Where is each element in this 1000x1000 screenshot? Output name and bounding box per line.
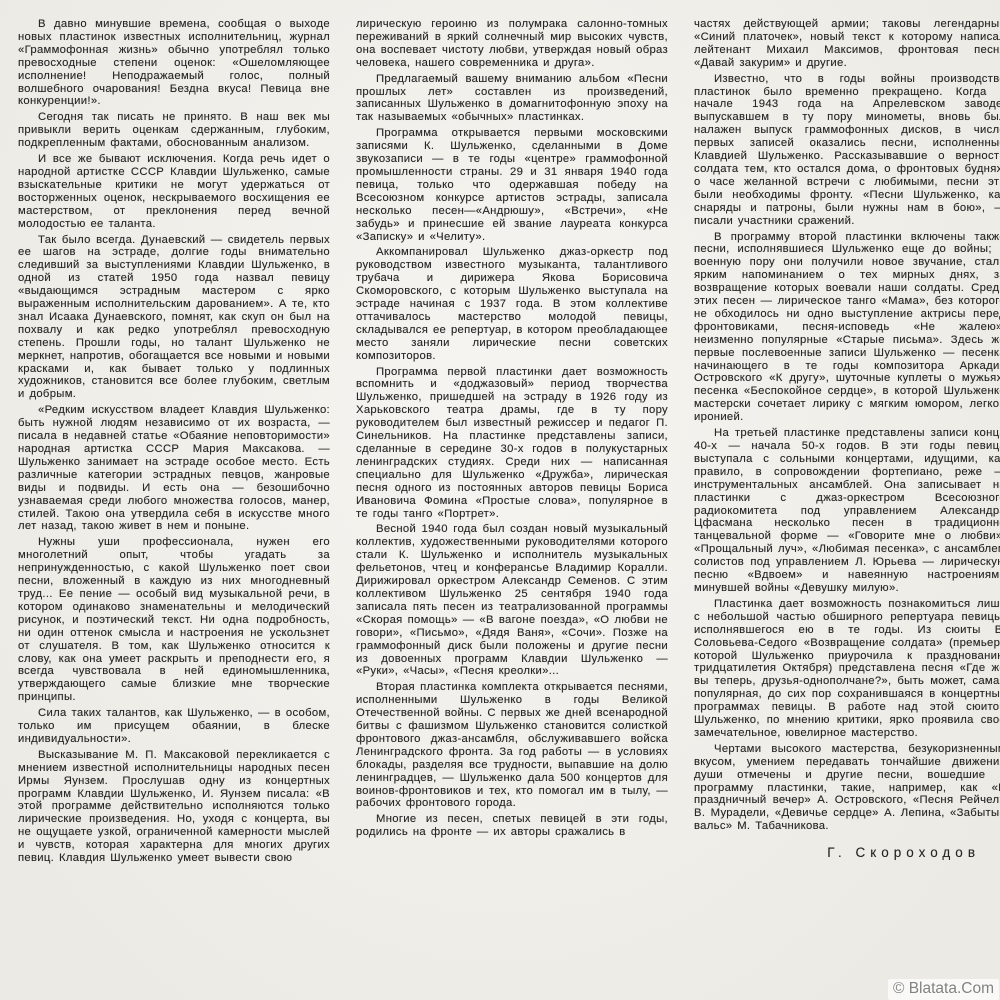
scanned-liner-notes-page: В давно минувшие времена, сообщая о выхо… <box>0 0 1000 1000</box>
paragraph: «Редким искусством владеет Клавдия Шульж… <box>18 404 330 533</box>
paragraph: На третьей пластинке представлены записи… <box>694 427 1000 595</box>
paragraph: лирическую героиню из полумрака салонно-… <box>356 18 668 70</box>
paragraph: частях действующей армии; таковы легенда… <box>694 18 1000 70</box>
paragraph: Пластинка дает возможность познакомиться… <box>694 598 1000 740</box>
paragraph: Многие из песен, спетых певицей в эти го… <box>356 813 668 839</box>
paragraph: Известно, что в годы войны производство … <box>694 73 1000 228</box>
text-columns: В давно минувшие времена, сообщая о выхо… <box>18 18 990 868</box>
paragraph: Весной 1940 года был создан новый музыка… <box>356 523 668 678</box>
paragraph: Нужны уши профессионала, нужен его много… <box>18 536 330 704</box>
paragraph: Чертами высокого мастерства, безукоризне… <box>694 743 1000 833</box>
paragraph: И все же бывают исключения. Когда речь и… <box>18 153 330 230</box>
paragraph: Сила таких талантов, как Шульженко, — в … <box>18 707 330 746</box>
paragraph: Предлагаемый вашему вниманию альбом «Пес… <box>356 73 668 125</box>
paragraph: Программа открывается первыми московским… <box>356 127 668 243</box>
text-column-3-paragraphs: частях действующей армии; таковы легенда… <box>694 18 1000 833</box>
paragraph: Вторая пластинка комплекта открывается п… <box>356 681 668 810</box>
paragraph: В программу второй пластинки включены та… <box>694 231 1000 425</box>
paragraph: В давно минувшие времена, сообщая о выхо… <box>18 18 330 108</box>
paragraph: Программа первой пластинки дает возможно… <box>356 366 668 521</box>
paragraph: Так было всегда. Дунаевский — свидетель … <box>18 234 330 402</box>
text-column-2: лирическую героиню из полумрака салонно-… <box>356 18 668 868</box>
author-signature: Г. Скороходов <box>694 845 1000 860</box>
paragraph: Аккомпанировал Шульженко джаз-оркестр по… <box>356 246 668 362</box>
paragraph: Сегодня так писать не принято. В наш век… <box>18 111 330 150</box>
paragraph: Высказывание М. П. Максаковой перекликае… <box>18 749 330 865</box>
site-watermark: © Blatata.Com <box>888 979 999 1000</box>
text-column-3: частях действующей армии; таковы легенда… <box>694 18 1000 868</box>
text-column-1: В давно минувшие времена, сообщая о выхо… <box>18 18 330 868</box>
